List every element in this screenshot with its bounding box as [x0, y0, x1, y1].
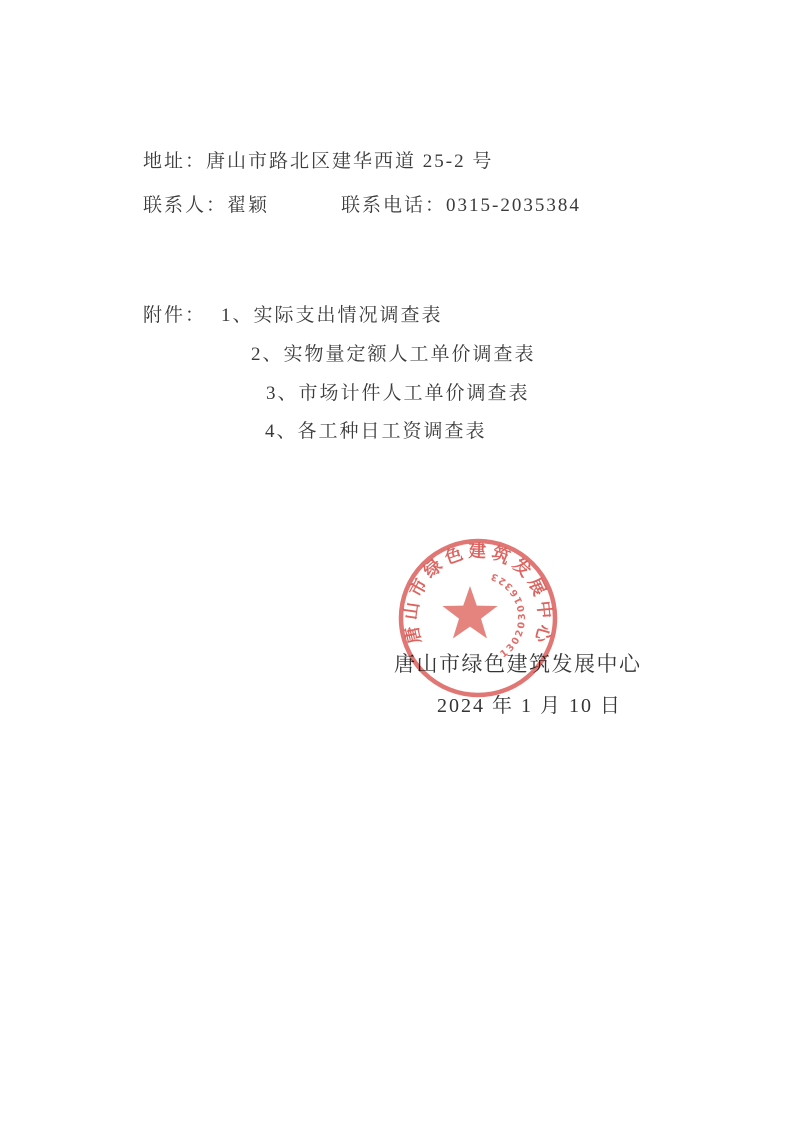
- signature-organization: 唐山市绿色建筑发展中心: [394, 648, 642, 678]
- contact-line: 联系人：翟颖联系电话：0315-2035384: [143, 190, 581, 217]
- contact-person: 联系人：翟颖: [143, 195, 269, 216]
- address-line: 地址：唐山市路北区建华西道 25-2 号: [143, 146, 493, 173]
- seal-code-text: 1302030163232: [393, 533, 528, 660]
- attachment-item-4: 4、各工种日工资调查表: [265, 416, 487, 443]
- star-icon: [442, 586, 497, 639]
- contact-phone: 联系电话：0315-2035384: [341, 190, 581, 217]
- attachment-item-1: 1、实际支出情况调查表: [221, 300, 443, 327]
- seal-ring-text: 唐山市绿色建筑发展中心: [400, 541, 555, 650]
- attachments-label: 附件：: [143, 300, 206, 327]
- official-seal: 唐山市绿色建筑发展中心 1302030163232: [393, 533, 565, 705]
- document-page: 地址：唐山市路北区建华西道 25-2 号 联系人：翟颖联系电话：0315-203…: [0, 0, 794, 1122]
- attachment-item-3: 3、市场计件人工单价调查表: [266, 378, 530, 405]
- signature-date: 2024 年 1 月 10 日: [437, 689, 622, 718]
- attachment-item-2: 2、实物量定额人工单价调查表: [251, 339, 536, 366]
